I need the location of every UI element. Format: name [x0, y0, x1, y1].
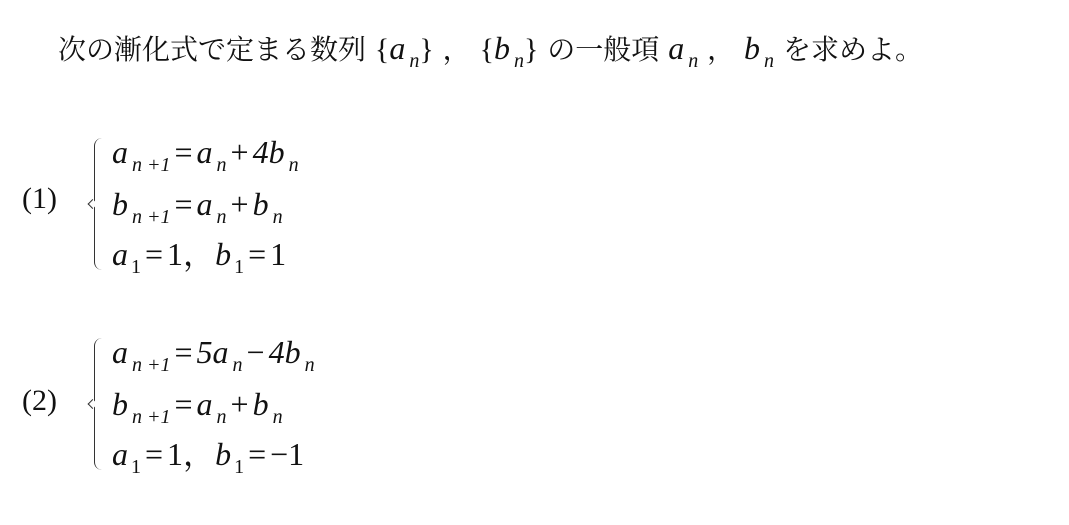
equals: = — [145, 236, 163, 272]
right-brace: } — [419, 33, 433, 66]
separator: ， — [707, 33, 735, 66]
equation-row: bn +1=an+bn — [112, 184, 283, 237]
equals: = — [248, 236, 266, 272]
var: 4b — [269, 334, 301, 370]
subscript: n — [514, 50, 524, 72]
intro-text-before: 次の漸化式で定まる数列 — [58, 33, 366, 66]
subscript: n — [233, 354, 243, 376]
operator: − — [247, 334, 265, 370]
system-brace-icon — [94, 138, 105, 270]
equals: = — [175, 386, 193, 422]
subscript: n — [688, 50, 698, 72]
subscript: n — [764, 50, 774, 72]
value: 1 — [270, 236, 286, 272]
var: b — [253, 386, 269, 422]
subscript: n — [273, 406, 283, 428]
subscript: n — [217, 154, 227, 176]
value: 1 — [167, 236, 183, 272]
var: b — [112, 386, 128, 422]
var: a — [112, 436, 128, 472]
subscript: n +1 — [132, 206, 171, 228]
term-b-var: b — [744, 30, 760, 66]
sequence-b-var: b — [494, 30, 510, 66]
var: b — [215, 436, 231, 472]
left-brace: { — [480, 33, 494, 66]
equals: = — [175, 334, 193, 370]
intro-text-mid: の一般項 — [547, 33, 659, 66]
equals: = — [175, 134, 193, 170]
subscript: n +1 — [132, 354, 171, 376]
initial-conditions: a1=1，b1=−1 — [112, 434, 304, 487]
equals: = — [248, 436, 266, 472]
var: a — [197, 186, 213, 222]
equals: = — [145, 436, 163, 472]
initial-conditions: a1=1，b1=1 — [112, 234, 286, 287]
sequence-a-var: a — [389, 30, 405, 66]
equation-row: an +1=5an−4bn — [112, 332, 315, 385]
var: a — [112, 134, 128, 170]
separator: ， — [183, 436, 215, 472]
equation-row: an +1=an+4bn — [112, 132, 299, 185]
right-brace: } — [524, 33, 538, 66]
equation-row: bn +1=an+bn — [112, 384, 283, 437]
subscript: n — [273, 206, 283, 228]
intro-text-after: を求めよ。 — [783, 33, 923, 66]
value: −1 — [270, 436, 304, 472]
subscript: n — [217, 206, 227, 228]
operator: + — [231, 134, 249, 170]
separator: ， — [443, 33, 471, 66]
subscript: n — [289, 154, 299, 176]
var: b — [112, 186, 128, 222]
var: b — [215, 236, 231, 272]
var: a — [197, 386, 213, 422]
var: 4b — [253, 134, 285, 170]
subscript: n — [217, 406, 227, 428]
subscript: 1 — [234, 456, 244, 478]
var: a — [197, 134, 213, 170]
subscript: n +1 — [132, 154, 171, 176]
subscript: 1 — [131, 256, 141, 278]
problem-statement: 次の漸化式で定まる数列 {an} ， {bn} の一般項 an ， bn を求め… — [58, 26, 923, 83]
left-brace: { — [375, 33, 389, 66]
operator: + — [231, 186, 249, 222]
var: 5a — [197, 334, 229, 370]
separator: ， — [183, 236, 215, 272]
var: a — [112, 236, 128, 272]
problem-label: (1) — [22, 182, 57, 216]
subscript: n — [305, 354, 315, 376]
equals: = — [175, 186, 193, 222]
problem-label: (2) — [22, 384, 57, 418]
var: b — [253, 186, 269, 222]
subscript: 1 — [131, 456, 141, 478]
system-brace-icon — [94, 338, 105, 470]
var: a — [112, 334, 128, 370]
subscript: n +1 — [132, 406, 171, 428]
value: 1 — [167, 436, 183, 472]
subscript: n — [409, 50, 419, 72]
subscript: 1 — [234, 256, 244, 278]
operator: + — [231, 386, 249, 422]
term-a-var: a — [668, 30, 684, 66]
